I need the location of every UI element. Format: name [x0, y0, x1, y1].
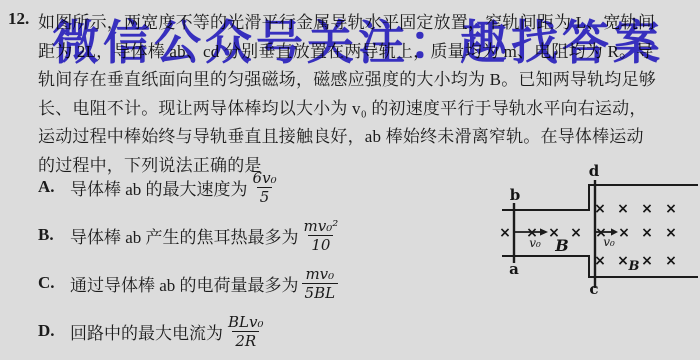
question-number: 12.: [8, 9, 29, 29]
option-d-text: 回路中的最大电流为: [70, 319, 223, 344]
fraction-denominator: 5: [257, 187, 273, 206]
option-c-fraction: mv₀ 5BL: [302, 265, 339, 302]
velocity-label-ab: v₀: [529, 236, 541, 250]
question-line-1: 如图所示，两宽度不等的光滑平行金属导轨水平固定放置，窄轨间距为 L、宽轨间: [38, 9, 698, 38]
fraction-denominator: 2R: [232, 331, 259, 350]
fraction-numerator: mv₀: [303, 265, 336, 283]
option-b-fraction: mv₀² 10: [302, 217, 341, 254]
field-cross: ×: [594, 201, 606, 217]
fraction-numerator: BLv₀: [226, 313, 265, 331]
exam-page: { "page": { "background": "#dcdcdc", "te…: [0, 0, 700, 360]
field-cross: ×: [618, 225, 630, 241]
question-line-5: 运动过程中棒始终与导轨垂直且接触良好，ab 棒始终未滑离窄轨。在导体棒运动: [38, 123, 698, 152]
option-d: D. 回路中的最大电流为 BLv₀ 2R: [38, 308, 265, 354]
option-b-label: B.: [38, 225, 70, 245]
endpoint-c-label: c: [589, 280, 598, 295]
option-d-fraction: BLv₀ 2R: [226, 313, 265, 350]
option-a: A. 导体棒 ab 的最大速度为 6v₀ 5: [38, 164, 279, 210]
field-cross: ×: [617, 201, 629, 217]
field-cross: ×: [641, 225, 653, 241]
field-label-wide: B: [628, 259, 640, 274]
option-c-text: 通过导体棒 ab 的电荷量最多为: [70, 271, 299, 296]
option-b-text: 导体棒 ab 产生的焦耳热最多为: [70, 223, 299, 248]
field-cross: ×: [594, 253, 606, 269]
option-b: B. 导体棒 ab 产生的焦耳热最多为 mv₀² 10: [38, 212, 340, 258]
field-cross: ×: [665, 201, 677, 217]
field-cross: ×: [665, 225, 677, 241]
endpoint-b-label: b: [510, 186, 521, 204]
field-cross: ×: [499, 225, 511, 241]
endpoint-a-label: a: [509, 260, 519, 278]
option-d-label: D.: [38, 321, 70, 341]
field-label-narrow: B: [554, 236, 569, 255]
fraction-numerator: mv₀²: [302, 217, 341, 235]
question-line-2: 距为 2L，导体棒 ab、cd 分别垂直放置在两导轨上，质量均为 m、电阻均为 …: [38, 38, 698, 67]
velocity-arrowhead-ab: [540, 228, 548, 235]
fraction-denominator: 10: [308, 235, 333, 254]
question-line-4: 长、电阻不计。现让两导体棒均以大小为 v₀ 的初速度平行于导轨水平向右运动，: [38, 95, 698, 124]
field-cross: ×: [641, 253, 653, 269]
field-cross: ×: [617, 253, 629, 269]
question-line-3: 轨间存在垂直纸面向里的匀强磁场，磁感应强度的大小均为 B。已知两导轨均足够: [38, 66, 698, 95]
field-cross: ×: [641, 201, 653, 217]
option-a-fraction: 6v₀ 5: [251, 169, 279, 206]
endpoint-d-label: d: [589, 162, 600, 180]
option-a-text: 导体棒 ab 的最大速度为: [70, 175, 248, 200]
velocity-label-cd: v₀: [603, 235, 615, 249]
fraction-denominator: 5BL: [302, 283, 339, 302]
rail-circuit-diagram: b a d c × × × × × × × × × × × × × × × × …: [488, 155, 700, 295]
option-c: C. 通过导体棒 ab 的电荷量最多为 mv₀ 5BL: [38, 260, 338, 306]
fraction-numerator: 6v₀: [251, 169, 279, 187]
field-cross: ×: [665, 253, 677, 269]
field-cross: ×: [570, 225, 582, 241]
option-a-label: A.: [38, 177, 70, 197]
option-c-label: C.: [38, 273, 70, 293]
